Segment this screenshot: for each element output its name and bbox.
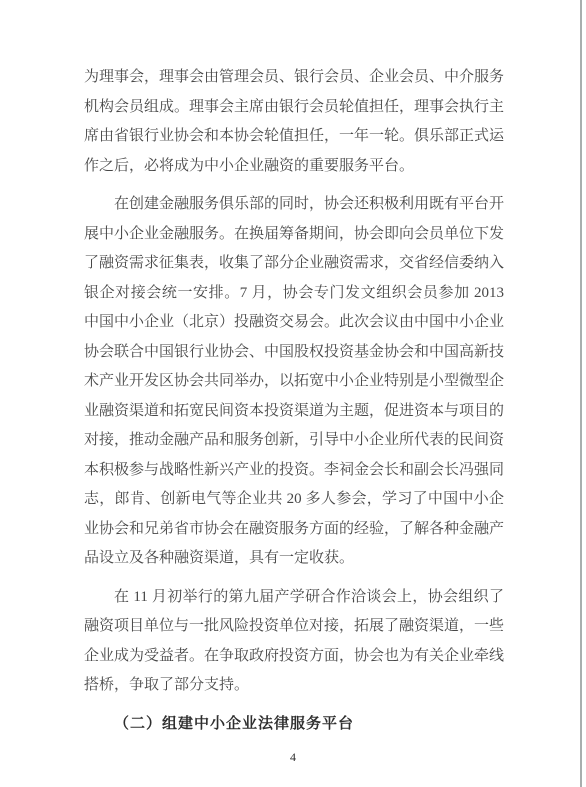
window-edge-line — [580, 0, 582, 787]
body-paragraph: 在创建金融服务俱乐部的同时，协会还积极利用既有平台开展中小企业金融服务。在换届筹… — [84, 190, 504, 574]
body-paragraph: 为理事会，理事会由管理会员、银行会员、企业会员、中介服务机构会员组成。理事会主席… — [84, 63, 504, 181]
page-body: 为理事会，理事会由管理会员、银行会员、企业会员、中介服务机构会员组成。理事会主席… — [84, 63, 504, 739]
page-number: 4 — [0, 750, 586, 765]
document-page: 为理事会，理事会由管理会员、银行会员、企业会员、中介服务机构会员组成。理事会主席… — [0, 0, 586, 787]
section-heading: （二）组建中小企业法律服务平台 — [84, 710, 504, 740]
body-paragraph: 在 11 月初举行的第九届产学研合作洽谈会上，协会组织了融资项目单位与一批风险投… — [84, 583, 504, 701]
